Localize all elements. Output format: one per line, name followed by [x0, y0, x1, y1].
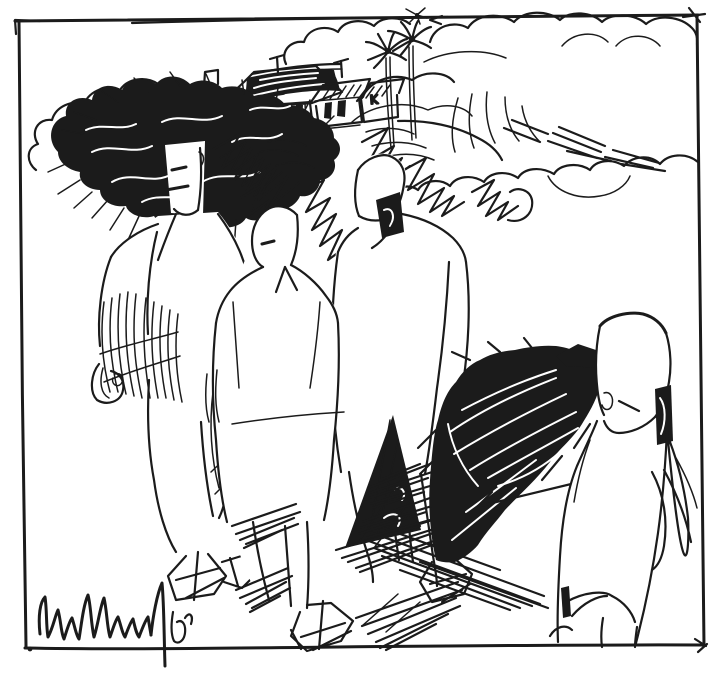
palm-trees	[366, 8, 431, 148]
frame-right	[697, 16, 704, 646]
ink-sketch-artwork: Black ink felt-pen sketch: four faceless…	[0, 0, 720, 678]
sketch-canvas: Black ink felt-pen sketch: four faceless…	[0, 0, 720, 678]
signature-spike	[151, 583, 165, 666]
wall-letter-mark: K	[370, 92, 380, 107]
artist-signature	[39, 583, 192, 666]
signature-tail	[172, 612, 186, 643]
frame-left	[19, 21, 26, 646]
